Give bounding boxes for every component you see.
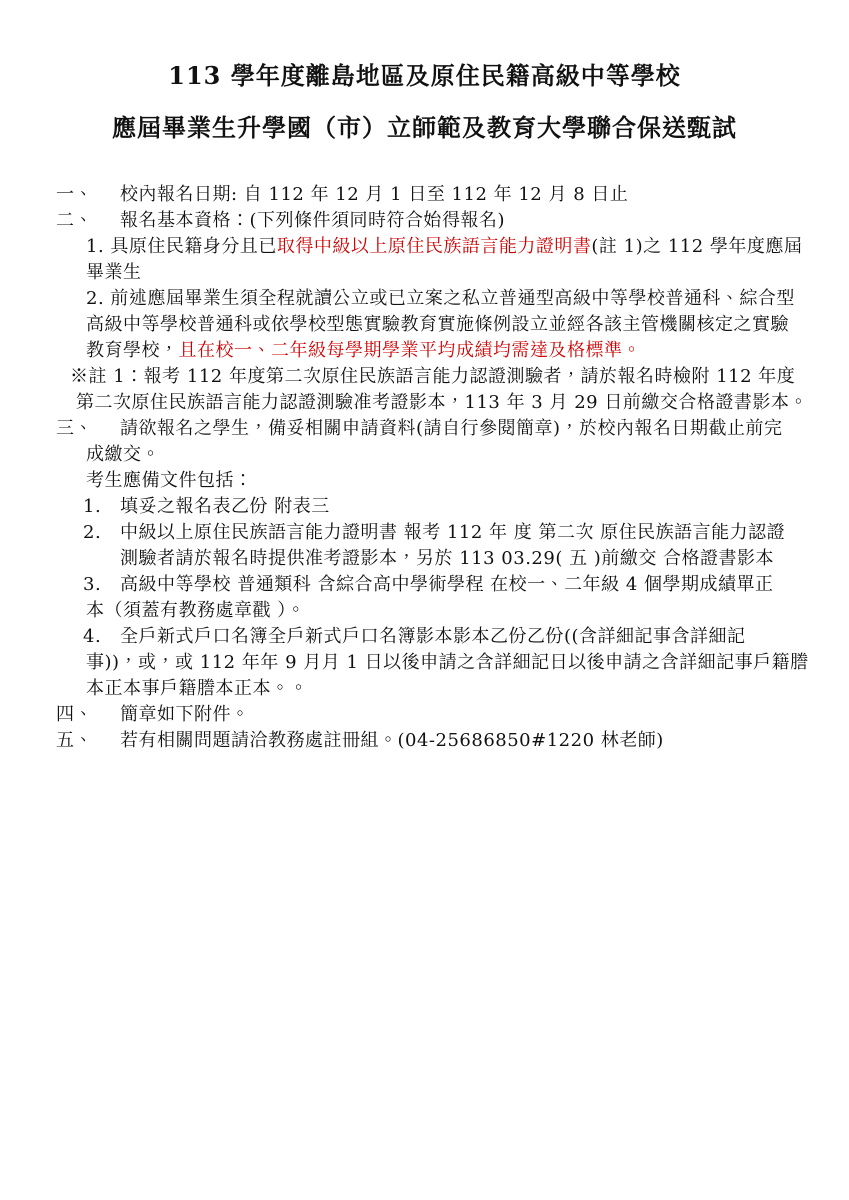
document-list-item-4-line-2: 事))，或，或 112 年年 9 月月 1 日以後申請之含詳細記日以後申請之含詳… xyxy=(0,650,849,676)
section-2-item-2-line-1: 2. 前述應屆畢業生須全程就讀公立或已立案之私立普通型高級中等學校普通科、綜合型 xyxy=(0,286,849,312)
document-page: 113 學年度離島地區及原住民籍高級中等學校 應屆畢業生升學國（市）立師範及教育… xyxy=(0,0,849,1200)
document-list-item-1: 1.填妥之報名表乙份 附表三 xyxy=(0,494,849,520)
section-3-line-2: 成繳交。 xyxy=(0,442,849,468)
document-title-line1: 113 學年度離島地區及原住民籍高級中等學校 xyxy=(0,62,849,90)
text-run: (註 1)之 112 學年度應屆 xyxy=(591,236,802,257)
list-item-4-number: 4. xyxy=(83,624,120,650)
list-item-2-text: 中級以上原住民族語言能力證明書 報考 112 年 度 第二次 原住民族語言能力認… xyxy=(120,522,785,543)
list-item-2-number: 2. xyxy=(83,520,120,546)
document-body: 一、校內報名日期: 自 112 年 12 月 1 日至 112 年 12 月 8… xyxy=(0,182,849,754)
section-2-item-2-line-2: 高級中等學校普通科或依學校型態實驗教育實施條例設立並經各該主管機關核定之實驗 xyxy=(0,312,849,338)
section-3-text: 請欲報名之學生，備妥相關申請資料(請自行參閱簡章)，於校內報名日期截止前完 xyxy=(120,418,783,439)
section-2-item-1-line-1: 1. 具原住民籍身分且已取得中級以上原住民族語言能力證明書(註 1)之 112 … xyxy=(0,234,849,260)
text-run: 1. 具原住民籍身分且已 xyxy=(86,236,277,257)
section-2-item-2-line-3: 教育學校，且在校一、二年級每學期學業平均成績均需達及格標準。 xyxy=(0,338,849,364)
section-5-contact: 五、若有相關問題請洽教務處註冊組。(04-25686850#1220 林老師) xyxy=(0,728,849,754)
section-1-marker: 一、 xyxy=(56,182,120,208)
section-3-documents-header: 考生應備文件包括： xyxy=(0,468,849,494)
highlighted-text-run: 且在校一、二年級每學期學業平均成績均需達及格標準。 xyxy=(179,340,642,361)
document-title-line2: 應屆畢業生升學國（市）立師範及教育大學聯合保送甄試 xyxy=(0,114,849,142)
section-2-marker: 二、 xyxy=(56,208,120,234)
list-item-1-number: 1. xyxy=(83,494,120,520)
list-item-4-text: 全戶新式戶口名簿全戶新式戶口名簿影本影本乙份乙份((含詳細記事含詳細記 xyxy=(120,626,746,647)
section-3-marker: 三、 xyxy=(56,416,120,442)
document-list-item-4: 4.全戶新式戶口名簿全戶新式戶口名簿影本影本乙份乙份((含詳細記事含詳細記 xyxy=(0,624,849,650)
list-item-3-number: 3. xyxy=(83,572,120,598)
section-5-marker: 五、 xyxy=(56,728,120,754)
document-list-item-3-line-2: 本（須蓋有教務處章戳 ）。 xyxy=(0,598,849,624)
section-4-text: 簡章如下附件。 xyxy=(120,704,250,725)
section-2-note-line-1: ※註 1：報考 112 年度第二次原住民族語言能力認證測驗者，請於報名時檢附 1… xyxy=(0,364,849,390)
document-list-item-2-line-2: 測驗者請於報名時提供准考證影本，另於 113 03.29( 五 )前繳交 合格證… xyxy=(0,546,849,572)
section-1-text: 校內報名日期: 自 112 年 12 月 1 日至 112 年 12 月 8 日… xyxy=(120,184,628,205)
list-item-3-text: 高級中等學校 普通類科 含綜合高中學術學程 在校一、二年級 4 個學期成績單正 xyxy=(120,574,774,595)
section-3-application-materials: 三、請欲報名之學生，備妥相關申請資料(請自行參閱簡章)，於校內報名日期截止前完 xyxy=(0,416,849,442)
document-list-item-4-line-3: 本正本事戶籍謄本正本。。 xyxy=(0,676,849,702)
document-list-item-3: 3.高級中等學校 普通類科 含綜合高中學術學程 在校一、二年級 4 個學期成績單… xyxy=(0,572,849,598)
text-run: 教育學校， xyxy=(86,340,179,361)
section-2-item-1-line-2: 畢業生 xyxy=(0,260,849,286)
section-1-registration-date: 一、校內報名日期: 自 112 年 12 月 1 日至 112 年 12 月 8… xyxy=(0,182,849,208)
list-item-1-text: 填妥之報名表乙份 附表三 xyxy=(120,496,330,517)
section-4-attachment: 四、簡章如下附件。 xyxy=(0,702,849,728)
section-2-eligibility: 二、報名基本資格：(下列條件須同時符合始得報名) xyxy=(0,208,849,234)
section-4-marker: 四、 xyxy=(56,702,120,728)
section-2-note-line-2: 第二次原住民族語言能力認證測驗准考證影本，113 年 3 月 29 日前繳交合格… xyxy=(0,390,849,416)
section-2-text: 報名基本資格：(下列條件須同時符合始得報名) xyxy=(120,210,505,231)
document-list-item-2: 2.中級以上原住民族語言能力證明書 報考 112 年 度 第二次 原住民族語言能… xyxy=(0,520,849,546)
section-5-text: 若有相關問題請洽教務處註冊組。(04-25686850#1220 林老師) xyxy=(120,730,664,751)
highlighted-text-run: 取得中級以上原住民族語言能力證明書 xyxy=(277,236,592,257)
